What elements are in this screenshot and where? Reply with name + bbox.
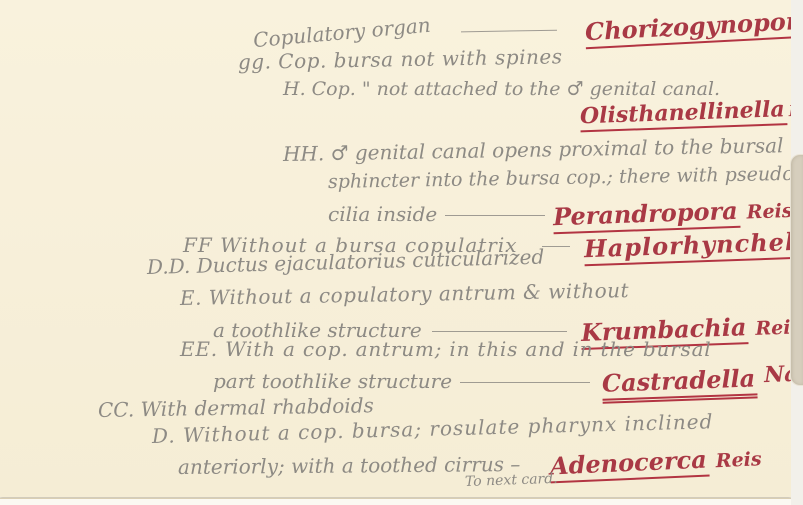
index-card: Copulatory organChorizogynoporaReis. gg.… [0,0,791,497]
pencil-text: H. Cop. " not attached to the ♂ genital … [283,78,720,100]
genus-name: Castradella [602,363,758,403]
genus-name: Adenocerca [550,445,710,484]
leader-line [542,246,570,248]
pencil-text: To next card. [465,471,558,490]
key-line-4: OlisthanellinellaReis. [580,99,803,128]
genus-name: Olisthanellinella [580,96,788,132]
genus-name: Haplorhynchella [583,226,803,266]
pencil-text: gg. Cop. bursa not with spines [238,44,563,74]
key-line-10: E. Without a copulatory antrum & without [180,278,629,310]
pencil-text: part toothlike structure [213,369,452,393]
key-line-5: HH. ♂ genital canal opens proximal to th… [283,133,784,166]
taxon-entry: CastradellaNas. [602,360,803,404]
card-behind-tab [790,154,803,386]
continuation-note: To next card. [465,471,558,490]
key-line-1: Copulatory organChorizogynoporaReis. [253,7,803,50]
pencil-text: E. Without a copulatory antrum & without [180,278,629,310]
leader-line [432,331,567,333]
pencil-text: cilia inside [328,202,437,226]
leader-line [445,215,545,217]
key-line-3: H. Cop. " not attached to the ♂ genital … [283,78,720,100]
author-abbrev: Reis [716,448,763,472]
taxon-entry: ChorizogynoporaReis. [584,2,803,49]
card-bottom-edge [0,498,791,505]
key-line-2: gg. Cop. bursa not with spines [238,44,563,74]
pencil-text: CC. With dermal rhabdoids [98,393,374,422]
pencil-text: EE. With a cop. antrum; in this and in t… [180,337,712,361]
pencil-text: sphincter into the bursa cop.; there wit… [328,163,800,193]
pencil-text: HH. ♂ genital canal opens proximal to th… [283,133,784,166]
taxon-entry: HaplorhynchellaReis. [583,224,803,267]
leader-line [460,382,590,384]
key-line-7: cilia insidePerandroporaReis. [328,198,799,230]
taxon-entry: OlisthanellinellaReis. [580,95,803,133]
key-line-12: EE. With a cop. antrum; in this and in t… [180,337,712,361]
key-line-14: CC. With dermal rhabdoids [98,393,374,422]
leader-line [461,29,557,32]
genus-name: Chorizogynopora [584,5,803,49]
key-line-6: sphincter into the bursa cop.; there wit… [328,163,800,193]
taxon-entry: AdenocercaReis [550,442,763,483]
